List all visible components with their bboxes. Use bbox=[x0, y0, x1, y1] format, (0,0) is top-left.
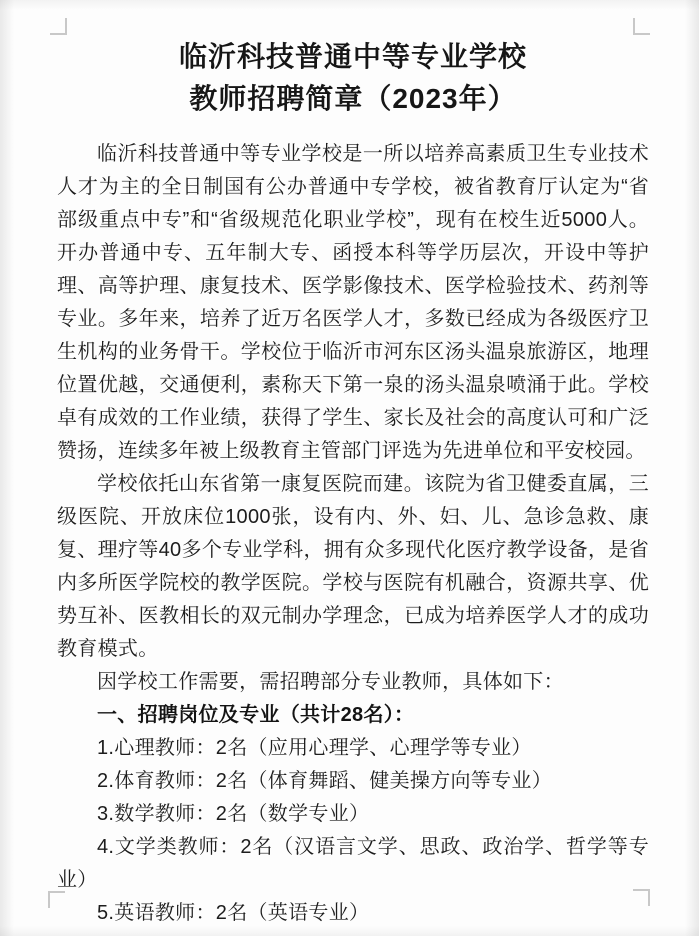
document-content: 临沂科技普通中等专业学校 教师招聘简章（2023年） 临沂科技普通中等专业学校是… bbox=[57, 36, 649, 930]
page-edge-shadow-left bbox=[0, 0, 14, 936]
position-item-english-teacher: 5.英语教师：2名（英语专业） bbox=[57, 897, 649, 930]
paragraph-recruitment-intro: 因学校工作需要，需招聘部分专业教师，具体如下： bbox=[57, 666, 649, 699]
section-heading-recruitment-positions: 一、招聘岗位及专业（共计28名）： bbox=[57, 699, 649, 732]
position-item-literature-teacher: 4.文学类教师：2名（汉语言文学、思政、政治学、哲学等专业） bbox=[57, 831, 649, 897]
document-page: 临沂科技普通中等专业学校 教师招聘简章（2023年） 临沂科技普通中等专业学校是… bbox=[0, 0, 699, 936]
title-line-1: 临沂科技普通中等专业学校 bbox=[57, 36, 649, 78]
position-item-psychology-teacher: 1.心理教师：2名（应用心理学、心理学等专业） bbox=[57, 732, 649, 765]
text-boundary-mark-top-right bbox=[633, 18, 650, 35]
title-line-2: 教师招聘简章（2023年） bbox=[57, 78, 649, 120]
document-title: 临沂科技普通中等专业学校 教师招聘简章（2023年） bbox=[57, 36, 649, 120]
paragraph-school-introduction: 临沂科技普通中等专业学校是一所以培养高素质卫生专业技术人才为主的全日制国有公办普… bbox=[57, 138, 649, 468]
paragraph-hospital-partnership: 学校依托山东省第一康复医院而建。该院为省卫健委直属，三级医院、开放床位1000张… bbox=[57, 468, 649, 666]
text-boundary-mark-top-left bbox=[50, 18, 67, 35]
document-body: 临沂科技普通中等专业学校是一所以培养高素质卫生专业技术人才为主的全日制国有公办普… bbox=[57, 138, 649, 930]
page-edge-shadow-top bbox=[0, 0, 699, 10]
position-item-pe-teacher: 2.体育教师：2名（体育舞蹈、健美操方向等专业） bbox=[57, 765, 649, 798]
position-item-math-teacher: 3.数学教师：2名（数学专业） bbox=[57, 798, 649, 831]
page-edge-shadow-right bbox=[685, 0, 699, 936]
